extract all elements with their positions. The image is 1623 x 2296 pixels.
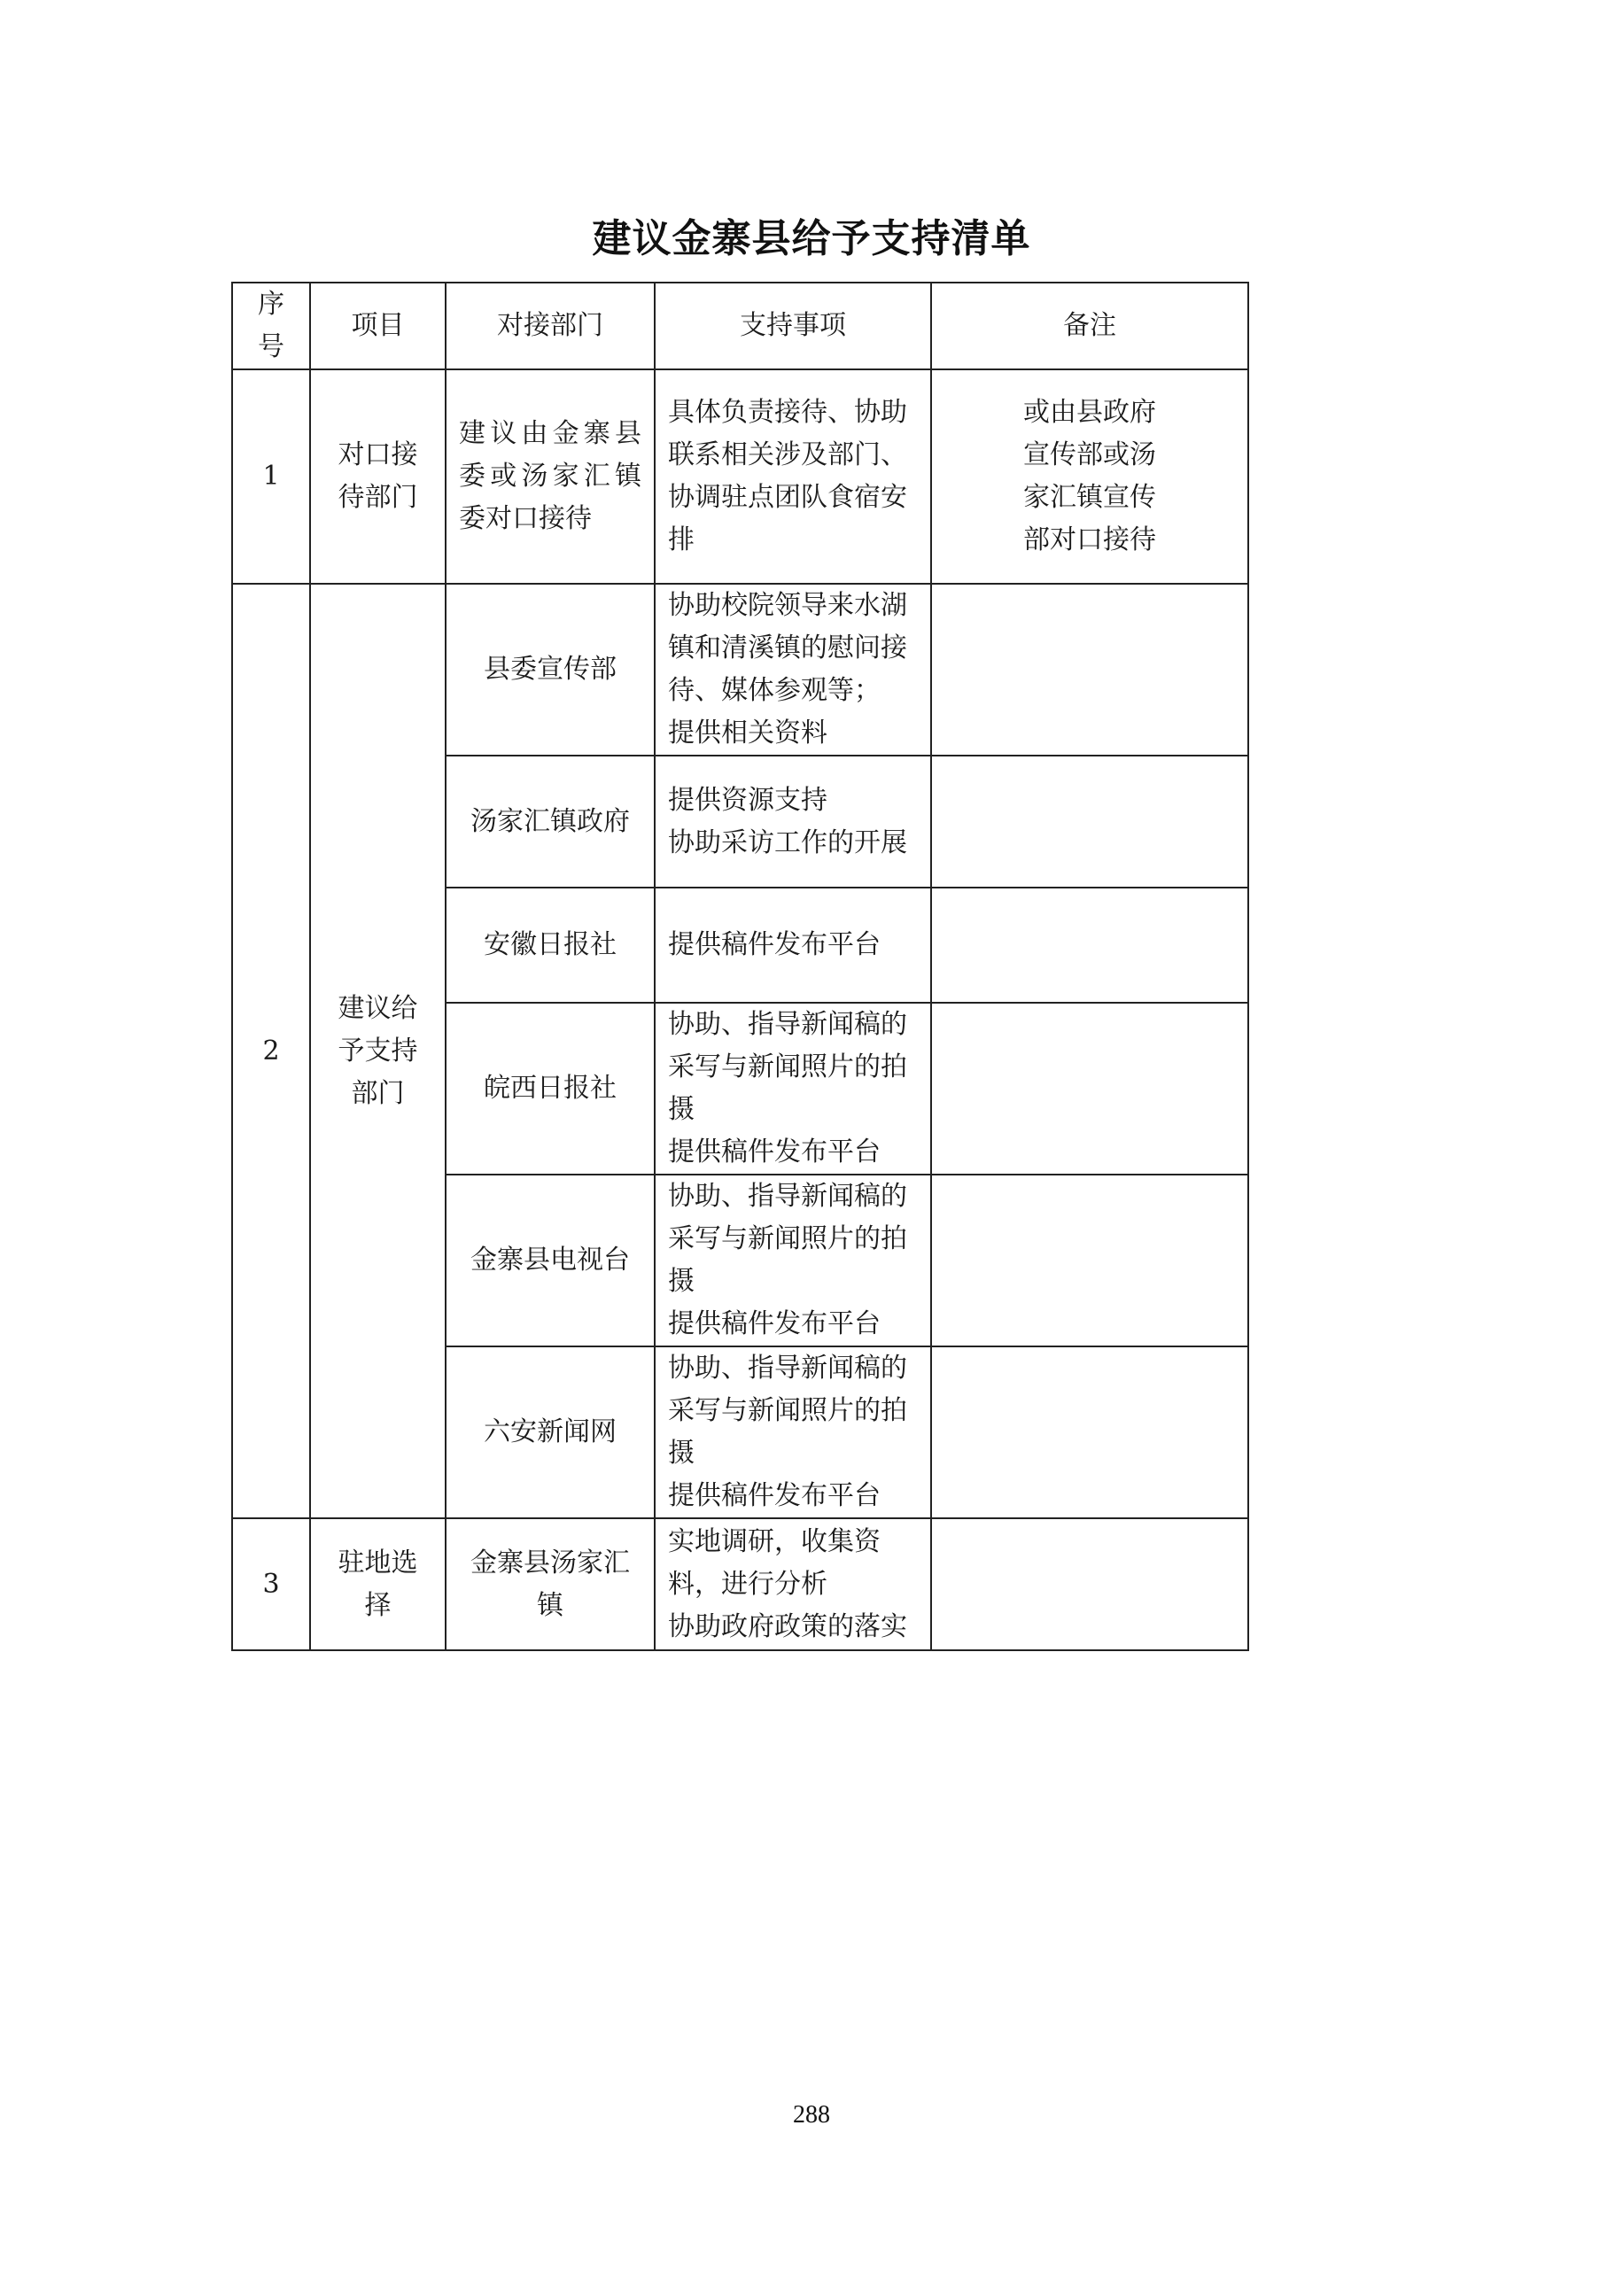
row-no: 2 bbox=[232, 584, 310, 1518]
row-department: 金寨县电视台 bbox=[446, 1175, 655, 1346]
row-note bbox=[931, 756, 1248, 888]
header-no: 序号 bbox=[232, 283, 310, 369]
header-support: 支持事项 bbox=[655, 283, 931, 369]
row-note bbox=[931, 1346, 1248, 1518]
row-note bbox=[931, 1518, 1248, 1650]
row-support: 协助、指导新闻稿的采写与新闻照片的拍摄 提供稿件发布平台 bbox=[655, 1175, 931, 1346]
row-support: 提供稿件发布平台 bbox=[655, 888, 931, 1003]
row-support: 具体负责接待、协助联系相关涉及部门、协调驻点团队食宿安排 bbox=[655, 369, 931, 584]
table-header-row: 序号 项目 对接部门 支持事项 备注 bbox=[232, 283, 1248, 369]
page-number: 288 bbox=[0, 2101, 1623, 2129]
row-no: 3 bbox=[232, 1518, 310, 1650]
row-note bbox=[931, 584, 1248, 756]
header-item: 项目 bbox=[310, 283, 446, 369]
support-list-table: 序号 项目 对接部门 支持事项 备注 1 对口接待部门 建议由金寨县委或汤家汇镇… bbox=[231, 282, 1249, 1651]
row-item: 建议给予支持部门 bbox=[310, 584, 446, 1518]
row-department: 金寨县汤家汇镇 bbox=[446, 1518, 655, 1650]
row-department: 六安新闻网 bbox=[446, 1346, 655, 1518]
row-department: 县委宣传部 bbox=[446, 584, 655, 756]
row-support: 协助、指导新闻稿的采写与新闻照片的拍摄 提供稿件发布平台 bbox=[655, 1346, 931, 1518]
row-department: 建议由金寨县委或汤家汇镇委对口接待 bbox=[446, 369, 655, 584]
row-support: 协助校院领导来水湖镇和清溪镇的慰问接待、媒体参观等； 提供相关资料 bbox=[655, 584, 931, 756]
row-no: 1 bbox=[232, 369, 310, 584]
header-note: 备注 bbox=[931, 283, 1248, 369]
table-row: 3 驻地选择 金寨县汤家汇镇 实地调研，收集资料，进行分析 协助政府政策的落实 bbox=[232, 1518, 1248, 1650]
row-department: 皖西日报社 bbox=[446, 1003, 655, 1175]
row-note bbox=[931, 1003, 1248, 1175]
row-item: 驻地选择 bbox=[310, 1518, 446, 1650]
table-row: 2 建议给予支持部门 县委宣传部 协助校院领导来水湖镇和清溪镇的慰问接待、媒体参… bbox=[232, 584, 1248, 756]
row-support: 提供资源支持 协助采访工作的开展 bbox=[655, 756, 931, 888]
row-support: 协助、指导新闻稿的采写与新闻照片的拍摄 提供稿件发布平台 bbox=[655, 1003, 931, 1175]
row-note: 或由县政府宣传部或汤家汇镇宣传部对口接待 bbox=[931, 369, 1248, 584]
table-row: 1 对口接待部门 建议由金寨县委或汤家汇镇委对口接待 具体负责接待、协助联系相关… bbox=[232, 369, 1248, 584]
row-note bbox=[931, 888, 1248, 1003]
row-note bbox=[931, 1175, 1248, 1346]
row-support: 实地调研，收集资料，进行分析 协助政府政策的落实 bbox=[655, 1518, 931, 1650]
row-item: 对口接待部门 bbox=[310, 369, 446, 584]
row-department: 汤家汇镇政府 bbox=[446, 756, 655, 888]
row-department: 安徽日报社 bbox=[446, 888, 655, 1003]
document-title: 建议金寨县给予支持清单 bbox=[0, 213, 1623, 266]
header-department: 对接部门 bbox=[446, 283, 655, 369]
